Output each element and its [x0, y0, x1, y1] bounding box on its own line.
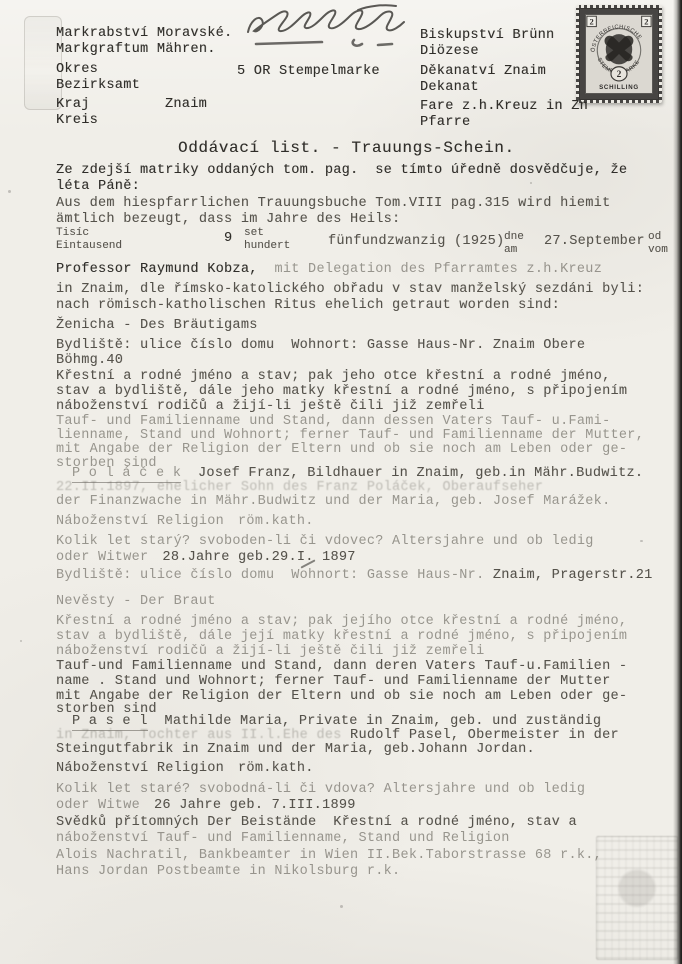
paper-speck — [20, 640, 22, 642]
bride-entry-line3: Steingutfabrik in Znaim und der Maria, g… — [56, 742, 535, 758]
witnesses-entry-line2: Hans Jordan Postbeamte in Nikolsburg r.k… — [56, 864, 400, 880]
word-from-de: vom — [648, 244, 668, 257]
groom-religion-label: Náboženství Religion — [56, 514, 224, 529]
rite-cz: in Znaim, dle římsko-katolického obřadu … — [56, 282, 644, 298]
header-deanery-de: Dekanat — [420, 80, 479, 96]
officiant-delegation: mit Delegation des Pfarramtes z.h.Kreuz — [258, 262, 602, 277]
groom-residence2-label: Bydliště: ulice číslo domu Wohnort: Gass… — [56, 568, 493, 583]
header-stamp-note: 5 OR Stempelmarke — [237, 64, 380, 80]
officiant-name: Professor Raymund Kobza, — [56, 262, 258, 277]
bride-religion-label: Náboženství Religion — [56, 761, 224, 776]
word-thousand: Tisíc Eintausend — [56, 227, 122, 252]
bride-age-label: oder Witwe — [56, 798, 140, 813]
word-thousand-cz: Tisíc — [56, 227, 122, 240]
bride-religion-line: Náboženství Religionröm.kath. — [56, 761, 314, 777]
witnesses-label-line1: Svědků přítomných Der Beistände Křestní … — [56, 815, 577, 831]
word-hundred: set hundert — [244, 227, 290, 252]
scan-edge-shadow — [673, 0, 682, 964]
scanned-marriage-certificate: Abschrift 2 2 ÖSTERREICHISCHE — [0, 0, 682, 964]
header-parish-cz: Fare z.h.Kreuz in Zn — [420, 99, 588, 115]
handwritten-note: Abschrift — [238, 0, 438, 52]
groom-residence-line1: Bydliště: ulice číslo domu Wohnort: Gass… — [56, 338, 585, 354]
rite-de: nach römisch-katholischen Ritus ehelich … — [56, 298, 560, 314]
word-on-de: am — [504, 244, 524, 257]
intro-cz-line1: Ze zdejší matriky oddaných tom. pag. se … — [56, 163, 627, 179]
intro-de-line1: Aus dem hiespfarrlichen Trauungsbuche To… — [56, 196, 611, 212]
bride-label-de-1: Tauf-und Familienname und Stand, dann de… — [56, 659, 627, 675]
header-district-cz: Okres — [56, 62, 98, 78]
groom-entry-line3: der Finanzwache in Mähr.Budwitz und der … — [56, 494, 611, 510]
header-district-de: Bezirksamt — [56, 78, 140, 94]
witnesses-entry-line1: Alois Nachratil, Bankbeamter in Wien II.… — [56, 848, 602, 864]
handwriting-scribble-icon: Abschrift — [238, 0, 438, 52]
groom-label-cz-1: Křestní a rodné jméno a stav; pak jeho o… — [56, 369, 611, 385]
header-left-region-de: Markgraftum Mähren. — [56, 42, 216, 58]
groom-age-label: oder Witwer — [56, 550, 148, 565]
bride-entry2-clear: Rudolf Pasel, Obermeister in der — [350, 728, 619, 743]
groom-heading: Ženicha - Des Bräutigams — [56, 318, 258, 334]
paper-speck — [8, 190, 11, 193]
bride-religion-value: röm.kath. — [238, 761, 314, 776]
paper-speck — [530, 182, 532, 184]
officiant-line: Professor Raymund Kobza, mit Delegation … — [56, 262, 602, 278]
word-thousand-de: Eintausend — [56, 240, 122, 253]
ghost-stamp-offset-bottomright — [596, 836, 678, 960]
groom-residence2-value: Znaim, Pragerstr.21 — [493, 568, 653, 583]
revenue-stamp-panel: 2 2 ÖSTERREICHISCHE STEMPELMARKE 2 SCHIL… — [585, 14, 653, 94]
bride-entry2-faint: in Znaim, Tochter aus II.l.Ehe des — [56, 728, 350, 743]
date-digit: 9 — [224, 231, 232, 247]
word-hundred-cz: set — [244, 227, 290, 240]
header-right-diocese-de: Diözese — [420, 44, 479, 60]
groom-religion-value: röm.kath. — [238, 514, 314, 529]
groom-age-value: 28.Jahre geb.29.I. 1897 — [162, 550, 355, 565]
date-line: Tisíc Eintausend 9 set hundert fünfundzw… — [56, 225, 676, 259]
word-on: dne am — [504, 231, 524, 256]
bride-heading: Nevěsty - Der Braut — [56, 594, 216, 610]
bride-entry1-rest: Mathilde Maria, Private in Znaim, geb. u… — [148, 714, 602, 729]
groom-residence2-line: Bydliště: ulice číslo domu Wohnort: Gass… — [56, 568, 653, 584]
bride-age-line2: oder Witwe26 Jahre geb. 7.III.1899 — [56, 798, 356, 814]
header-region-label-de: Kreis — [56, 113, 98, 129]
paper-speck — [340, 905, 343, 908]
groom-label-cz-3: náboženství rodičů a žijí-li ještě čili … — [56, 399, 484, 415]
year-spelled: fünfundzwanzig (1925) — [328, 234, 504, 250]
handwritten-note-text: Abschrift — [238, 0, 244, 1]
stamp-denomination-left: 2 — [589, 17, 593, 27]
word-from-cz: od — [648, 231, 668, 244]
header-parish-de: Pfarre — [420, 115, 470, 131]
document-title: Oddávací list. - Trauungs-Schein. — [178, 140, 515, 156]
stamp-currency-text: SCHILLING — [599, 84, 639, 91]
bride-age-value: 26 Jahre geb. 7.III.1899 — [154, 798, 356, 813]
bride-label-cz-1: Křestní a rodné jméno a stav; pak jejího… — [56, 614, 627, 630]
groom-residence-line2: Böhmg.40 — [56, 353, 123, 369]
bride-label-cz-2: stav a bydliště, dále její matky křestní… — [56, 629, 627, 645]
bride-age-line1: Kolik let staré? svobodná-li či vdova? A… — [56, 782, 585, 798]
date-value: 27.September — [544, 234, 645, 250]
header-left-region-cz: Markrabství Moravské. — [56, 26, 232, 42]
groom-entry1-rest: Josef Franz, Bildhauer in Znaim, geb.in … — [181, 466, 643, 481]
word-on-cz: dne — [504, 231, 524, 244]
paper-speck — [640, 540, 643, 542]
witnesses-label-line2: náboženství Tauf- und Familienname, Stan… — [56, 831, 510, 847]
header-right-diocese-cz: Biskupství Brünn — [420, 28, 554, 44]
bride-label-cz-3: náboženství rodičů a žijí-li ještě čili … — [56, 644, 484, 660]
stamp-denomination-right: 2 — [644, 17, 648, 27]
revenue-stamp: 2 2 ÖSTERREICHISCHE STEMPELMARKE 2 SCHIL… — [576, 5, 662, 103]
groom-label-cz-2: stav a bydliště, dále jeho matky křestní… — [56, 384, 627, 400]
groom-age-line1: Kolik let starý? svoboden-li či vdovec? … — [56, 534, 594, 550]
header-deanery-cz: Děkanatví Znaim — [420, 64, 546, 80]
bride-label-de-2: name . Stand und Wohnort; ferner Tauf- u… — [56, 674, 611, 690]
stamp-denomination-center: 2 — [617, 70, 622, 80]
groom-religion-line: Náboženství Religionröm.kath. — [56, 514, 314, 530]
word-hundred-de: hundert — [244, 240, 290, 253]
header-region-label-cz: Kraj — [56, 97, 90, 113]
intro-cz-line2: léta Páně: — [56, 179, 140, 195]
word-from: od vom — [648, 231, 668, 256]
header-district-value: Znaim — [165, 97, 207, 113]
revenue-stamp-art: 2 2 ÖSTERREICHISCHE STEMPELMARKE 2 SCHIL… — [585, 14, 653, 94]
